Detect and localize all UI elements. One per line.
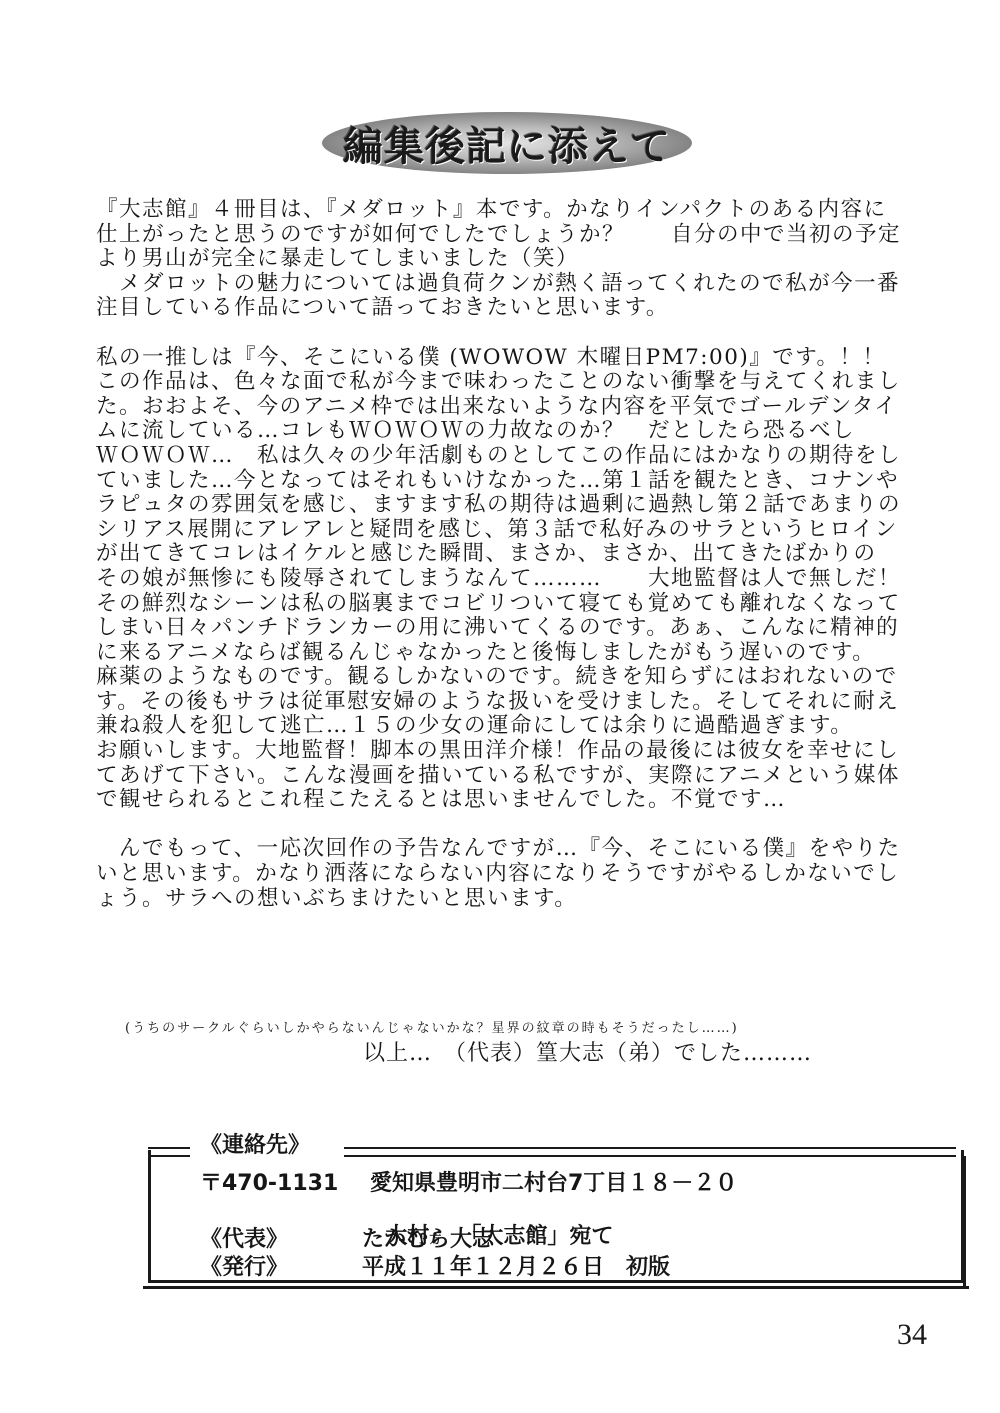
body-line: この作品は、色々な面で私が今まで味わったことのない衝撃を与えてくれまし (96, 370, 936, 395)
title-banner: 編集後記に添えて (322, 112, 692, 174)
body-line: いと思います。かなり洒落にならない内容になりそうですがやるしかないでし (96, 862, 936, 887)
body-line: シリアス展開にアレアレと疑問を感じ、第３話で私好みのサラというヒロイン (96, 518, 936, 543)
body-line: 兼ね殺人を犯して逃亡…１５の少女の運命にしては余りに過酷過ぎます。 (96, 714, 936, 739)
body-line: ムに流している…コレもＷＯＷＯＷの力故なのか？ だとしたら恐るべし (96, 419, 936, 444)
body-line: ＷＯＷＯＷ… 私は久々の少年活劇ものとしてこの作品にはかなりの期待をし (96, 444, 936, 469)
body-line: 私の一推しは『今、そこにいる僕 (WOWOW 木曜日PM7:00)』です。！！ (96, 346, 936, 371)
body-line: で観せられるとこれ程こたえるとは思いませんでした。不覚です… (96, 788, 936, 813)
aside-note: (うちのサークルぐらいしかやらないんじゃないかな？星界の紋章の時もそうだったし…… (125, 1017, 739, 1036)
rep-label: 《代表》 (200, 1222, 288, 1253)
body-line: その鮮烈なシーンは私の脳裏までコビリついて寝ても覚めても離れなくなって (96, 592, 936, 617)
body-line: 注目している作品について語っておきたいと思います。 (96, 296, 936, 321)
page-number: 34 (897, 1318, 927, 1352)
body-line: お願いします。大地監督！脚本の黒田洋介様！作品の最後には彼女を幸せにし (96, 739, 936, 764)
body-line: んでもって、一応次回作の予告なんですが…『今、そこにいる僕』をやりた (96, 837, 936, 862)
frame-right-shadow (963, 1156, 966, 1286)
contact-header: 《連絡先》 (200, 1128, 310, 1159)
afterword-body: 『大志館』４冊目は、『メダロット』本です。かなりインパクトのある内容に仕上がった… (96, 198, 936, 911)
body-line: た。おおよそ、今のアニメ枠では出来ないような内容を平気でゴールデンタイ (96, 395, 936, 420)
body-line: しまい日々パンチドランカーの用に沸いてくるのです。あぁ、こんなに精神的 (96, 616, 936, 641)
body-line: ラピュタの雰囲気を感じ、ますます私の期待は過剰に過熱し第２話であまりの (96, 493, 936, 518)
pub-label: 《発行》 (200, 1250, 288, 1281)
body-line: メダロットの魅力については過負荷クンが熱く語ってくれたので私が今一番 (96, 272, 936, 297)
body-line: す。その後もサラは従軍慰安婦のような扱いを受けました。そしてそれに耐え (96, 690, 936, 715)
body-line: その娘が無惨にも陵辱されてしまうなんて……… 大地監督は人で無しだ！ (96, 567, 936, 592)
body-line: 麻薬のようなものです。観るしかないのです。続きを知らずにはおれないので (96, 665, 936, 690)
body-line: ていました…今となってはそれもいけなかった…第１話を観たとき、コナンや (96, 469, 936, 494)
pub-date: 平成１１年１２月２６日 初版 (362, 1250, 670, 1281)
body-line: てあげて下さい。こんな漫画を描いている私ですが、実際にアニメという媒体 (96, 764, 936, 789)
body-line: 『大志館』４冊目は、『メダロット』本です。かなりインパクトのある内容に (96, 198, 936, 223)
address-line-1: 愛知県豊明市二村台7丁目１８－２０ (370, 1166, 737, 1197)
body-line: に来るアニメならば観るんじゃなかったと後悔しましたがもう遅いのです。 (96, 641, 936, 666)
paragraph-break (96, 813, 936, 838)
page-title: 編集後記に添えて (343, 115, 671, 172)
signature: 以上… （代表）篁大志（弟）でした……… (363, 1036, 812, 1067)
rep-name: たかむら大志 (362, 1222, 494, 1253)
body-line: ょう。サラへの想いぶちまけたいと思います。 (96, 887, 936, 912)
body-line: より男山が完全に暴走してしまいました（笑） (96, 247, 936, 272)
body-line: 仕上がったと思うのですが如何でしたでしょうか？ 自分の中で当初の予定 (96, 223, 936, 248)
paragraph-break (96, 321, 936, 346)
body-line: が出てきてコレはイケルと感じた瞬間、まさか、まさか、出てきたばかりの (96, 542, 936, 567)
postal-code: 〒470-1131 (200, 1166, 338, 1197)
